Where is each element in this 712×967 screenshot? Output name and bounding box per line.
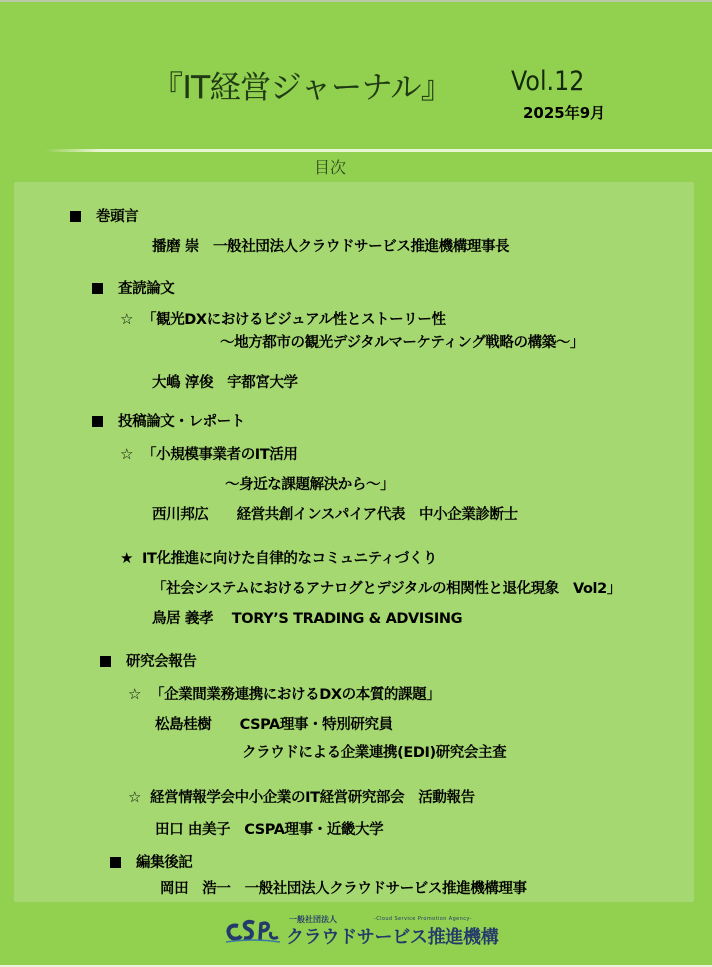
star-outline-icon: ☆ [120,310,142,328]
toc-author-line: 鳥居 義孝 TORY’S TRADING & ADVISING [152,607,462,628]
toc-article-subtitle: 「社会システムにおけるアナログとデジタルの相関性と退化現象 Vol2」 [152,577,621,598]
section-label: 査読論文 [118,281,174,297]
section-label: 研究会報告 [126,654,197,670]
toc-article-title[interactable]: ☆「企業間業務連携におけるDXの本質的課題」 [128,683,440,704]
star-outline-icon: ☆ [120,445,142,463]
header-divider [45,149,712,152]
volume-number: Vol.12 [511,66,584,97]
square-bullet-icon [100,656,111,667]
toc-article-title[interactable]: ☆「小規模事業者のIT活用 [120,443,298,464]
toc-author-affiliation: クラウドによる企業連携(EDI)研究会主査 [242,741,506,762]
square-bullet-icon [92,416,103,427]
toc-section-contributed[interactable]: 投稿論文・レポート [92,410,245,431]
toc-author-line: 大嶋 淳俊 宇都宮大学 [152,371,298,392]
toc-author-line: 岡田 浩一 一般社団法人クラウドサービス推進機構理事 [160,877,527,898]
section-label: 巻頭言 [96,209,138,225]
star-outline-icon: ☆ [128,788,150,806]
toc-article-subtitle: ～身近な課題解決から～」 [225,473,394,494]
toc-author-line: 松島桂樹 CSPA理事・特別研究員 [155,713,393,734]
toc-heading: 目次 [314,155,346,178]
page-top-edge [0,0,712,2]
toc-section-editors-note[interactable]: 編集後記 [110,851,192,872]
issue-date: 2025年9月 [523,102,605,123]
toc-article-subtitle: ～地方都市の観光デジタルマーケティング戦略の構築～」 [220,331,584,352]
section-label: 編集後記 [136,855,192,871]
logo-english-name: -Cloud Service Promotion Agency- [374,916,472,922]
toc-author-line: 西川邦広 経営共創インスパイア代表 中小企業診断士 [152,503,518,524]
toc-article-title[interactable]: ☆経営情報学会中小企業のIT経営研究部会 活動報告 [128,786,475,807]
star-outline-icon: ☆ [128,685,150,703]
journal-title: 『IT経営ジャーナル』 [152,62,451,107]
toc-section-foreword[interactable]: 巻頭言 [70,205,138,226]
square-bullet-icon [70,211,81,222]
toc-article-title[interactable]: ☆「観光DXにおけるビジュアル性とストーリー性 [120,308,446,329]
toc-article-title[interactable]: ★IT化推進に向けた自律的なコミュニティづくり [120,547,437,568]
square-bullet-icon [110,857,121,868]
toc-author-line: 田口 由美子 CSPA理事・近畿大学 [155,818,383,839]
toc-section-research-report[interactable]: 研究会報告 [100,650,197,671]
square-bullet-icon [92,283,103,294]
logo-org-name: クラウドサービス推進機構 [286,923,498,949]
toc-section-peer-reviewed[interactable]: 査読論文 [92,277,174,298]
section-label: 投稿論文・レポート [118,414,245,430]
cspa-logo: 一般社団法人 -Cloud Service Promotion Agency- … [224,914,514,946]
cspa-logo-icon [224,918,282,944]
toc-author-line: 播磨 崇 一般社団法人クラウドサービス推進機構理事長 [152,235,509,256]
star-filled-icon: ★ [120,549,142,567]
